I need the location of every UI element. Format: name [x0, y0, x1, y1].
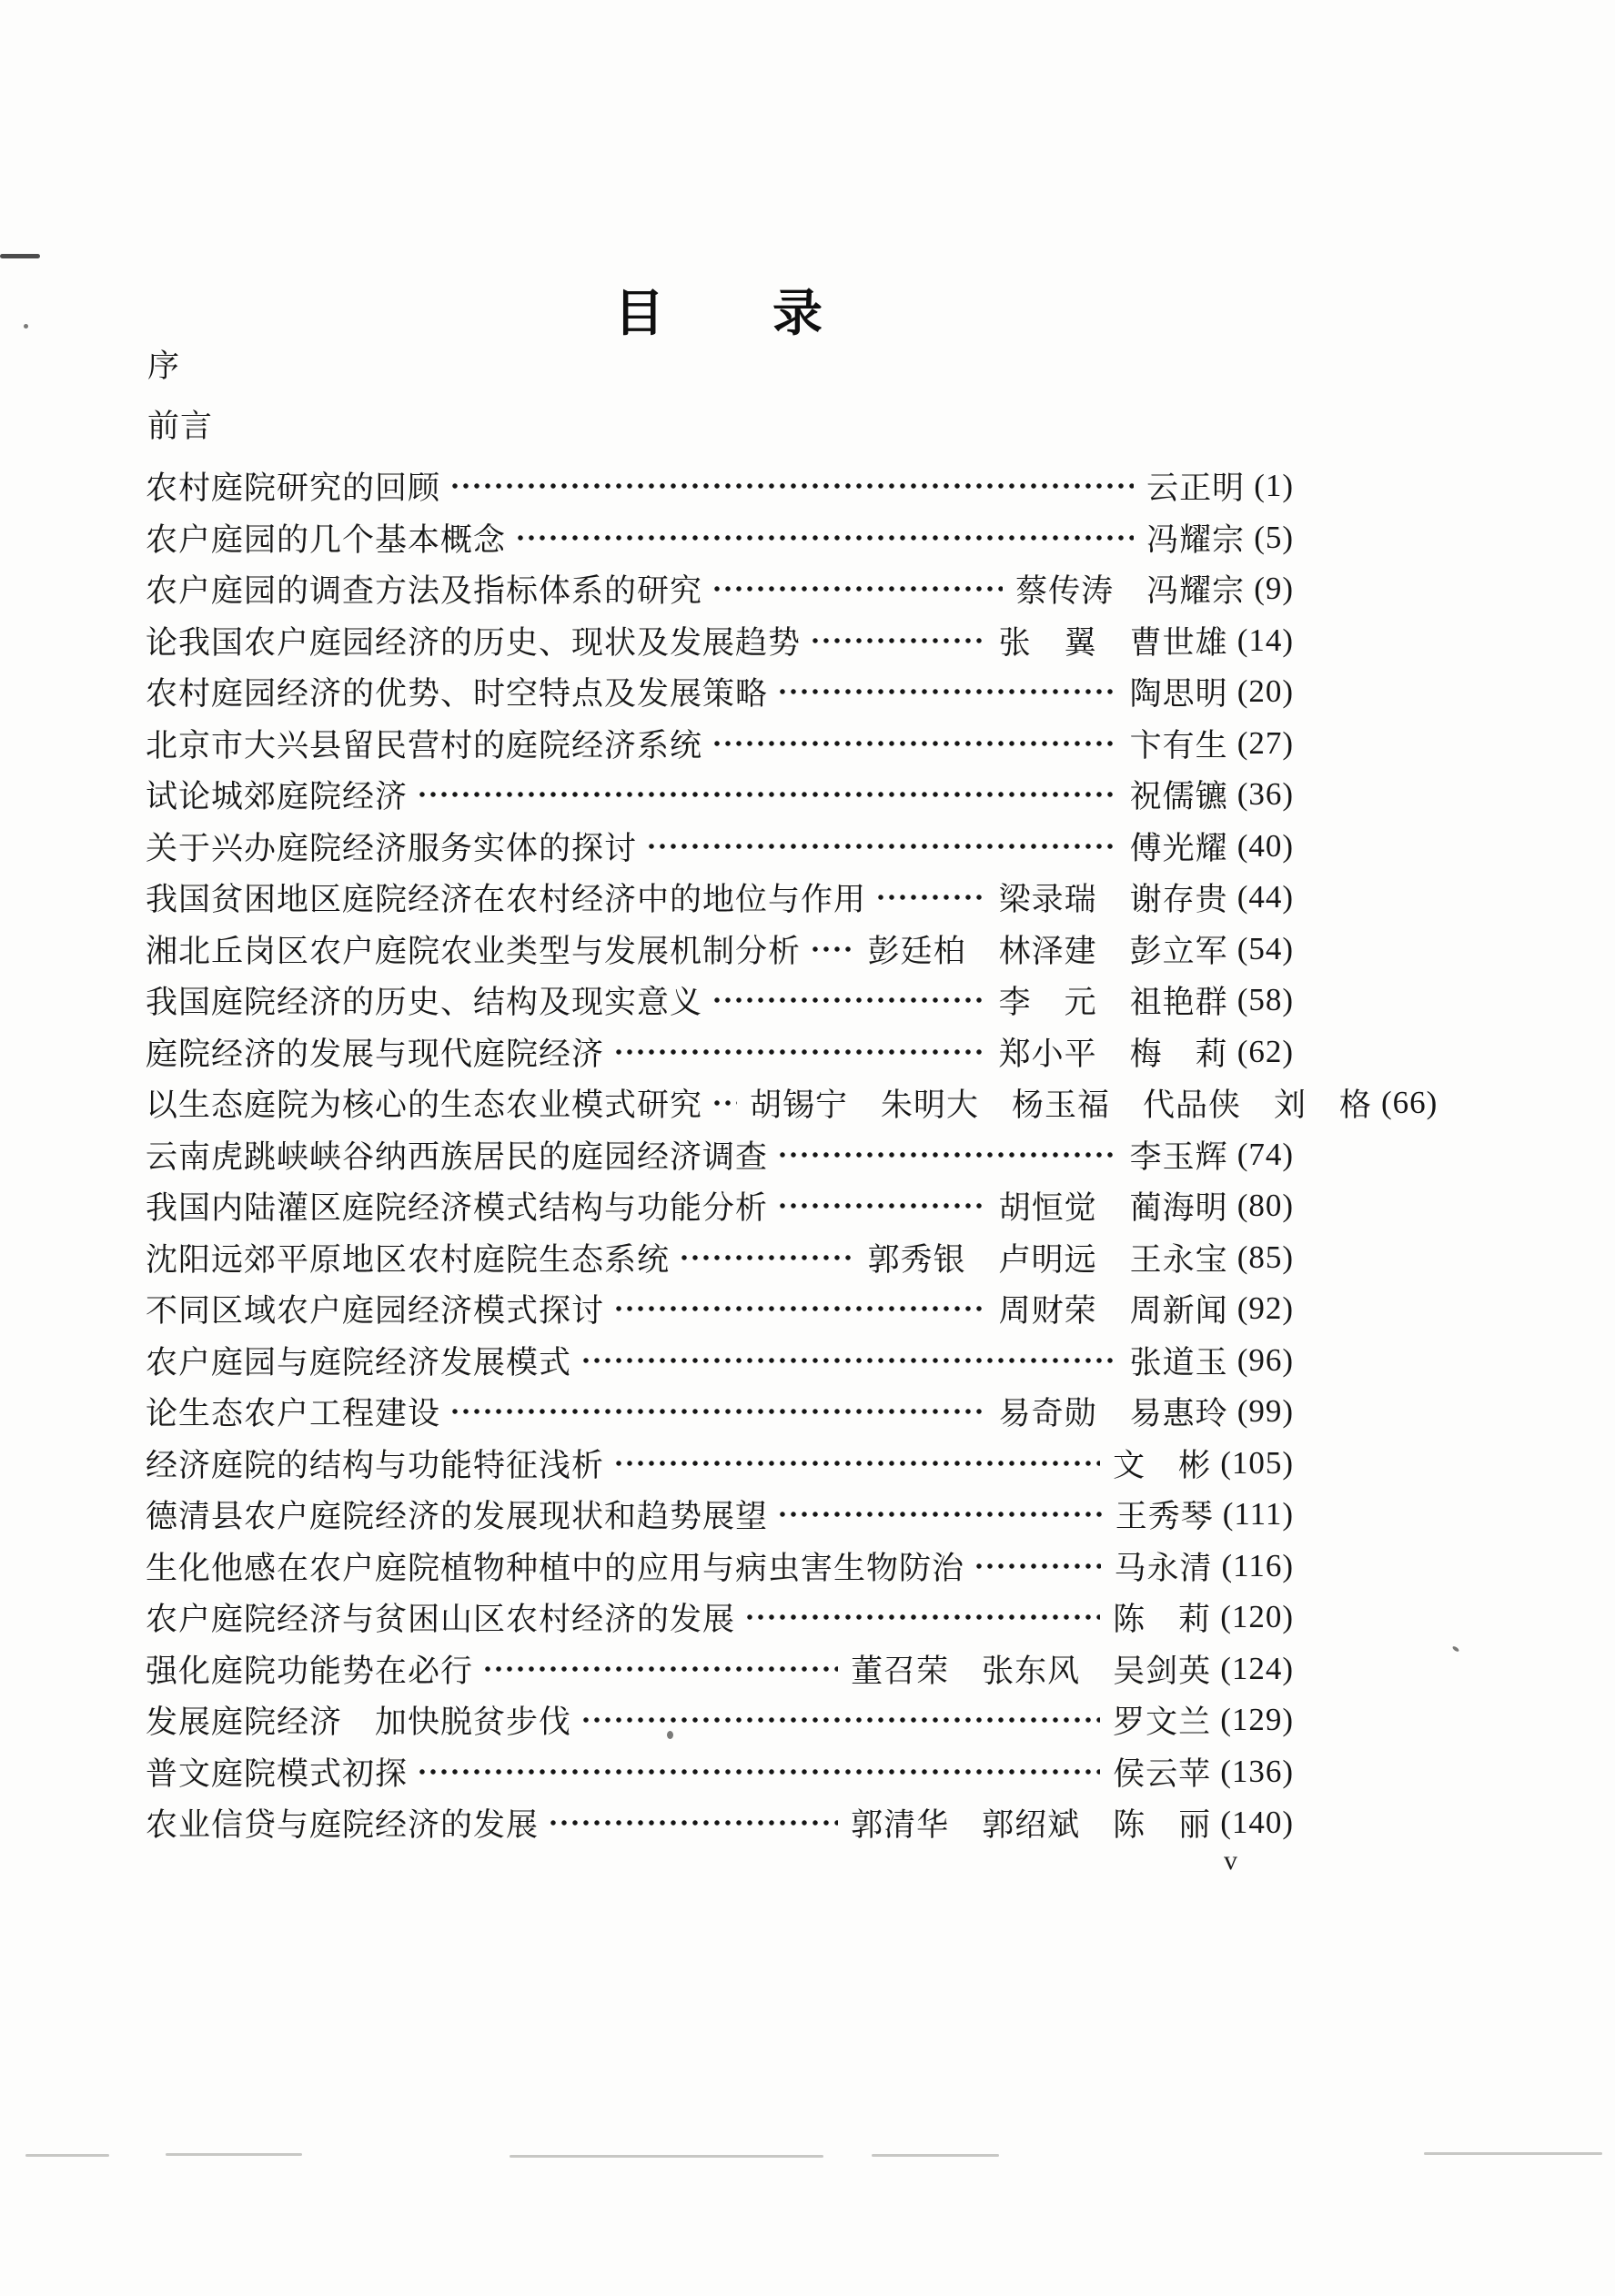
entry-title: 农业信贷与庭院经济的发展: [146, 1800, 539, 1846]
preface-label: 序: [147, 341, 180, 387]
toc-entry-row: 农业信贷与庭院经济的发展 郭清华 郭绍斌 陈 丽 (140): [146, 1797, 1294, 1849]
dot-leader: [580, 1335, 1117, 1387]
entry-page: (96): [1237, 1342, 1294, 1379]
entry-authors: 卞有生: [1130, 721, 1228, 766]
entry-page: (5): [1254, 520, 1294, 556]
dot-leader: [449, 1386, 986, 1438]
entry-page: (36): [1237, 776, 1294, 813]
entry-page: (105): [1220, 1445, 1294, 1482]
scan-speck: [24, 324, 28, 329]
toc-entry-row: 我国内陆灌区庭院经济模式结构与功能分析 胡恒觉 蔺海明 (80): [146, 1180, 1294, 1232]
entry-page: (111): [1223, 1496, 1294, 1532]
scan-artifact-line: [510, 2155, 823, 2158]
entry-authors: 马永清: [1114, 1543, 1212, 1589]
toc-entry-row: 我国贫困地区庭院经济在农村经济中的地位与作用 梁录瑞 谢存贵 (44): [146, 872, 1294, 924]
toc-entry-row: 庭院经济的发展与现代庭院经济 郑小平 梅 莉 (62): [146, 1027, 1294, 1078]
dot-leader: [646, 821, 1117, 873]
entry-authors: 郭秀银 卢明远 王永宝: [868, 1235, 1228, 1280]
dot-leader: [777, 1489, 1103, 1541]
entry-authors: 云正明: [1146, 463, 1245, 509]
entry-title: 农村庭院研究的回顾: [146, 463, 440, 509]
dot-leader: [810, 615, 986, 667]
entry-authors: 王秀琴: [1115, 1492, 1214, 1537]
entry-page: (1): [1254, 468, 1294, 504]
entry-title: 不同区域农户庭园经济模式探讨: [146, 1286, 604, 1331]
dot-leader: [482, 1644, 838, 1695]
entry-authors: 侯云苹: [1113, 1749, 1211, 1795]
entry-title: 经济庭院的结构与功能特征浅析: [146, 1441, 604, 1486]
toc-entry-row: 发展庭院经济 加快脱贫步伐 罗文兰 (129): [146, 1694, 1294, 1746]
entry-title: 庭院经济的发展与现代庭院经济: [146, 1029, 604, 1075]
toc-entry-row: 农户庭园与庭院经济发展模式 张道玉 (96): [146, 1335, 1294, 1387]
dot-leader: [580, 1694, 1100, 1746]
entry-title: 农户庭园与庭院经济发展模式: [146, 1338, 571, 1383]
entry-title: 农户庭院经济与贫困山区农村经济的发展: [146, 1594, 735, 1640]
toc-entry-row: 农村庭园经济的优势、时空特点及发展策略 陶思明 (20): [146, 666, 1294, 718]
entry-page: (20): [1237, 673, 1294, 710]
toc-content-column: 目 录 序 前言 农村庭院研究的回顾 云正明 (1) 农户庭园的几个基本概念 冯…: [146, 0, 1294, 2296]
foreword-label: 前言: [147, 401, 213, 447]
dot-leader: [613, 1283, 986, 1335]
toc-entry-row: 关于兴办庭院经济服务实体的探讨 傅光耀 (40): [146, 821, 1294, 873]
dot-leader: [712, 975, 986, 1027]
dot-leader: [777, 1180, 986, 1232]
entry-title: 农户庭园的调查方法及指标体系的研究: [146, 566, 702, 612]
entry-authors: 郭清华 郭绍斌 陈 丽: [851, 1800, 1211, 1846]
entry-authors: 张道玉: [1130, 1338, 1228, 1383]
entry-title: 论生态农户工程建设: [146, 1389, 440, 1434]
toc-entry-row: 沈阳远郊平原地区农村庭院生态系统 郭秀银 卢明远 王永宝 (85): [146, 1232, 1294, 1284]
entry-authors: 周财荣 周新闻: [999, 1286, 1228, 1331]
entry-title: 云南虎跳峡峡谷纳西族居民的庭园经济调查: [146, 1132, 768, 1178]
dot-leader: [875, 872, 986, 924]
dot-leader: [548, 1797, 838, 1849]
entry-title: 论我国农户庭园经济的历史、现状及发展趋势: [146, 618, 801, 663]
dot-leader: [515, 512, 1134, 564]
entry-title: 我国内陆灌区庭院经济模式结构与功能分析: [146, 1183, 768, 1229]
entry-title: 农户庭园的几个基本概念: [146, 515, 506, 561]
toc-entry-row: 论生态农户工程建设 易奇勋 易惠玲 (99): [146, 1386, 1294, 1438]
entry-page: (92): [1237, 1290, 1294, 1327]
entry-authors: 文 彬: [1113, 1441, 1211, 1486]
scan-speck: [1452, 1645, 1460, 1653]
entry-page: (116): [1221, 1548, 1294, 1584]
toc-entry-row: 湘北丘岗区农户庭院农业类型与发展机制分析 彭廷柏 林泽建 彭立军 (54): [146, 924, 1294, 976]
entry-page: (136): [1220, 1754, 1294, 1790]
entry-page: (66): [1381, 1085, 1438, 1121]
scan-artifact-line: [872, 2154, 999, 2157]
toc-list: 农村庭院研究的回顾 云正明 (1) 农户庭园的几个基本概念 冯耀宗 (5) 农户…: [146, 460, 1294, 1849]
foreword-row: 前言: [147, 399, 213, 450]
dot-leader: [712, 563, 1003, 615]
scan-artifact-line: [166, 2153, 302, 2156]
toc-entry-row: 论我国农户庭园经济的历史、现状及发展趋势 张 翼 曹世雄 (14): [146, 615, 1294, 667]
toc-entry-row: 云南虎跳峡峡谷纳西族居民的庭园经济调查 李玉辉 (74): [146, 1129, 1294, 1181]
dot-leader: [777, 666, 1117, 718]
entry-page: (44): [1237, 879, 1294, 915]
dot-leader: [712, 718, 1117, 770]
entry-title: 发展庭院经济 加快脱贫步伐: [146, 1697, 571, 1743]
dot-leader: [613, 1027, 986, 1078]
entry-authors: 胡锡宁 朱明大 杨玉福 代品侠 刘 格: [750, 1080, 1372, 1126]
toc-entry-row: 德清县农户庭院经济的发展现状和趋势展望 王秀琴 (111): [146, 1489, 1294, 1541]
entry-authors: 冯耀宗: [1146, 515, 1245, 561]
toc-entry-row: 强化庭院功能势在必行 董召荣 张东风 吴剑英 (124): [146, 1644, 1294, 1695]
toc-entry-row: 农户庭院经济与贫困山区农村经济的发展 陈 莉 (120): [146, 1592, 1294, 1644]
entry-page: (140): [1220, 1805, 1294, 1841]
preface-row: 序: [147, 339, 180, 389]
toc-entry-row: 生化他感在农户庭院植物种植中的应用与病虫害生物防治 马永清 (116): [146, 1541, 1294, 1593]
entry-page: (129): [1220, 1702, 1294, 1738]
entry-authors: 祝儒镳: [1130, 772, 1228, 817]
dot-leader: [974, 1541, 1101, 1593]
entry-page: (9): [1254, 571, 1294, 607]
entry-title: 普文庭院模式初探: [146, 1749, 408, 1795]
scan-artifact-line: [25, 2154, 109, 2157]
dot-leader: [417, 1746, 1100, 1798]
entry-title: 我国贫困地区庭院经济在农村经济中的地位与作用: [146, 875, 866, 920]
entry-page: (62): [1237, 1034, 1294, 1070]
entry-title: 农村庭园经济的优势、时空特点及发展策略: [146, 669, 768, 714]
entry-title: 北京市大兴县留民营村的庭院经济系统: [146, 721, 702, 766]
entry-authors: 陈 莉: [1113, 1594, 1211, 1640]
entry-page: (124): [1220, 1651, 1294, 1687]
entry-title: 强化庭院功能势在必行: [146, 1646, 473, 1692]
entry-authors: 张 翼 曹世雄: [999, 618, 1228, 663]
toc-entry-row: 我国庭院经济的历史、结构及现实意义 李 元 祖艳群 (58): [146, 975, 1294, 1027]
toc-entry-row: 试论城郊庭院经济 祝儒镳 (36): [146, 769, 1294, 821]
dot-leader: [449, 460, 1134, 512]
entry-title: 湘北丘岗区农户庭院农业类型与发展机制分析: [146, 926, 801, 972]
entry-authors: 蔡传涛 冯耀宗: [1015, 566, 1245, 612]
page-number: v: [1224, 1846, 1237, 1876]
entry-title: 德清县农户庭院经济的发展现状和趋势展望: [146, 1492, 768, 1537]
entry-page: (40): [1237, 828, 1294, 865]
dot-leader: [712, 1077, 737, 1129]
entry-page: (27): [1237, 725, 1294, 762]
entry-title: 我国庭院经济的历史、结构及现实意义: [146, 977, 702, 1023]
dot-leader: [679, 1232, 855, 1284]
toc-entry-row: 不同区域农户庭园经济模式探讨 周财荣 周新闻 (92): [146, 1283, 1294, 1335]
entry-page: (74): [1237, 1137, 1294, 1173]
entry-title: 试论城郊庭院经济: [146, 772, 408, 817]
entry-title: 生化他感在农户庭院植物种植中的应用与病虫害生物防治: [146, 1543, 964, 1589]
entry-authors: 梁录瑞 谢存贵: [999, 875, 1228, 920]
entry-authors: 傅光耀: [1130, 824, 1228, 869]
scan-edge-dash: [0, 254, 40, 258]
entry-page: (120): [1220, 1599, 1294, 1635]
entry-title: 关于兴办庭院经济服务实体的探讨: [146, 824, 637, 869]
entry-page: (99): [1237, 1393, 1294, 1430]
entry-title: 以生态庭院为核心的生态农业模式研究: [146, 1080, 702, 1126]
toc-entry-row: 经济庭院的结构与功能特征浅析 文 彬 (105): [146, 1438, 1294, 1490]
dot-leader: [777, 1129, 1117, 1181]
toc-entry-row: 普文庭院模式初探 侯云苹 (136): [146, 1746, 1294, 1798]
dot-leader: [810, 924, 855, 976]
entry-page: (14): [1237, 622, 1294, 659]
page-title: 目 录: [146, 273, 1294, 345]
entry-page: (85): [1237, 1239, 1294, 1276]
entry-authors: 董召荣 张东风 吴剑英: [851, 1646, 1211, 1692]
scan-artifact-line: [1424, 2152, 1602, 2155]
entry-authors: 李 元 祖艳群: [999, 977, 1228, 1023]
toc-page: 目 录 序 前言 农村庭院研究的回顾 云正明 (1) 农户庭园的几个基本概念 冯…: [0, 0, 1615, 2296]
entry-authors: 罗文兰: [1113, 1697, 1211, 1743]
entry-page: (54): [1237, 931, 1294, 967]
entry-title: 沈阳远郊平原地区农村庭院生态系统: [146, 1235, 670, 1280]
entry-page: (58): [1237, 982, 1294, 1018]
toc-entry-row: 农村庭院研究的回顾 云正明 (1): [146, 460, 1294, 512]
entry-authors: 李玉辉: [1130, 1132, 1228, 1178]
dot-leader: [613, 1438, 1100, 1490]
entry-authors: 易奇勋 易惠玲: [999, 1389, 1228, 1434]
dot-leader: [744, 1592, 1100, 1644]
toc-entry-row: 以生态庭院为核心的生态农业模式研究 胡锡宁 朱明大 杨玉福 代品侠 刘 格 (6…: [146, 1077, 1294, 1129]
toc-entry-row: 农户庭园的调查方法及指标体系的研究 蔡传涛 冯耀宗 (9): [146, 563, 1294, 615]
entry-page: (80): [1237, 1188, 1294, 1224]
toc-entry-row: 北京市大兴县留民营村的庭院经济系统 卞有生 (27): [146, 718, 1294, 770]
entry-authors: 彭廷柏 林泽建 彭立军: [868, 926, 1228, 972]
entry-authors: 郑小平 梅 莉: [999, 1029, 1228, 1075]
entry-authors: 胡恒觉 蔺海明: [999, 1183, 1228, 1229]
toc-entry-row: 农户庭园的几个基本概念 冯耀宗 (5): [146, 512, 1294, 564]
dot-leader: [417, 769, 1117, 821]
entry-authors: 陶思明: [1130, 669, 1228, 714]
